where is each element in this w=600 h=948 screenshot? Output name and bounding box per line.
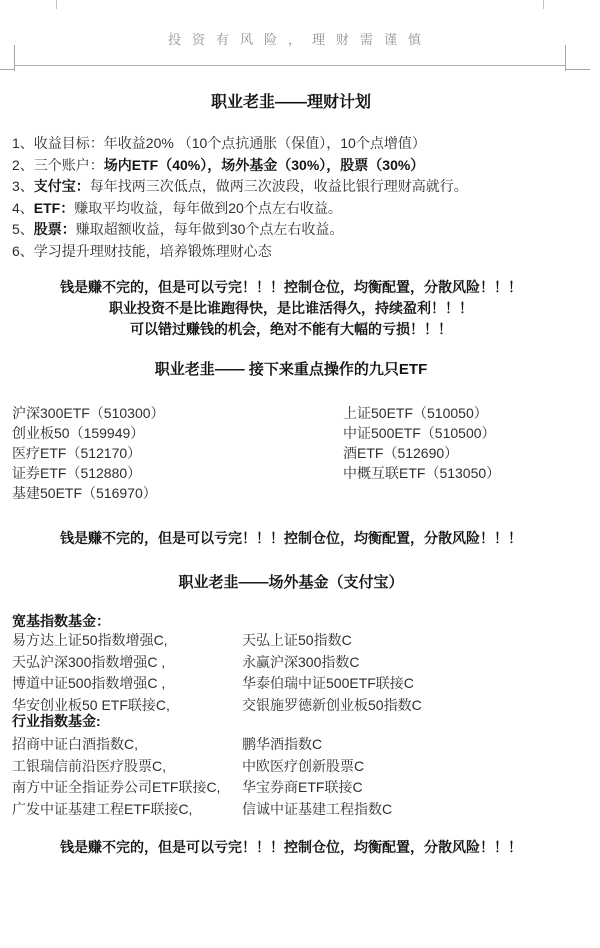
- warning-line: 钱是赚不完的，但是可以亏完！！！控制仓位，均衡配置，分散风险！！！: [0, 277, 582, 298]
- fund-name-left: 招商中证白酒指数C,: [12, 734, 242, 756]
- warning-middle: 钱是赚不完的，但是可以亏完！！！控制仓位，均衡配置，分散风险！！！: [0, 529, 582, 547]
- warning-line: 职业投资不是比谁跑得快，是比谁活得久，持续盈利！！！: [0, 298, 582, 319]
- fund-name-left: 广发中证基建工程ETF联接C,: [12, 799, 242, 821]
- crop-mark-left-tick: [0, 69, 14, 70]
- section-title-etf: 职业老韭—— 接下来重点操作的九只ETF: [0, 361, 582, 379]
- fund-row: 易方达上证50指数增强C,天弘上证50指数C: [12, 630, 422, 652]
- fund-name-right: 鹏华酒指数C: [242, 734, 322, 756]
- fund-row: 南方中证全指证券公司ETF联接C,华宝券商ETF联接C: [12, 777, 392, 799]
- goal-item: 1、收益目标：年收益20% （10个点抗通胀（保值），10个点增值）: [12, 133, 587, 155]
- etf-item: 中概互联ETF（513050）: [343, 463, 500, 483]
- document-page: 投资有风险，理财需谨慎 职业老韭——理财计划 1、收益目标：年收益20% （10…: [0, 0, 600, 948]
- goal-text-rest: 赚取平均收益，每年做到20个点左右收益。: [74, 200, 342, 216]
- fund-row: 博道中证500指数增强C ,华泰伯瑞中证500ETF联接C: [12, 673, 422, 695]
- fund-name-right: 天弘上证50指数C: [242, 630, 352, 652]
- top-margin-mark-right: [543, 0, 544, 9]
- warning-block: 钱是赚不完的，但是可以亏完！！！控制仓位，均衡配置，分散风险！！！ 职业投资不是…: [0, 277, 582, 340]
- page-title: 职业老韭——理财计划: [0, 94, 582, 112]
- industry-funds-list: 招商中证白酒指数C,鹏华酒指数C 工银瑞信前沿医疗股票C,中欧医疗创新股票C 南…: [12, 734, 392, 820]
- etf-item: 上证50ETF（510050）: [343, 403, 500, 423]
- goal-item: 6、学习提升理财技能，培养锻炼理财心态: [12, 241, 587, 263]
- header-rule: [14, 65, 565, 66]
- etf-item: 医疗ETF（512170）: [12, 443, 165, 463]
- goal-item: 2、三个账户：场内ETF（40%），场外基金（30%），股票（30%）: [12, 155, 587, 177]
- goal-item: 4、ETF：赚取平均收益，每年做到20个点左右收益。: [12, 198, 587, 220]
- crop-mark-left-vertical: [14, 45, 15, 71]
- goal-text-bold: 支付宝：: [34, 178, 90, 194]
- fund-row: 招商中证白酒指数C,鹏华酒指数C: [12, 734, 392, 756]
- fund-name-right: 华泰伯瑞中证500ETF联接C: [242, 673, 414, 695]
- fund-name-left: 工银瑞信前沿医疗股票C,: [12, 756, 242, 778]
- fund-name-right: 交银施罗德新创业板50指数C: [242, 695, 422, 717]
- etf-list-left: 沪深300ETF（510300） 创业板50（159949） 医疗ETF（512…: [12, 403, 165, 503]
- etf-list-right: 上证50ETF（510050） 中证500ETF（510500） 酒ETF（51…: [343, 403, 500, 483]
- industry-funds-label: 行业指数基金:: [12, 712, 101, 730]
- goal-text-rest: 赚取超额收益，每年做到30个点左右收益。: [76, 221, 344, 237]
- fund-row: 广发中证基建工程ETF联接C,信诚中证基建工程指数C: [12, 799, 392, 821]
- goal-item: 3、支付宝：每年找两三次低点，做两三次波段，收益比银行理财高就行。: [12, 176, 587, 198]
- broad-funds-list: 易方达上证50指数增强C,天弘上证50指数C 天弘沪深300指数增强C ,永赢沪…: [12, 630, 422, 716]
- fund-name-left: 易方达上证50指数增强C,: [12, 630, 242, 652]
- goal-text: 2、三个账户：: [12, 157, 104, 173]
- broad-funds-label: 宽基指数基金：: [12, 612, 110, 630]
- header-disclaimer-text: 投资有风险，理财需谨慎: [0, 32, 600, 48]
- etf-item: 沪深300ETF（510300）: [12, 403, 165, 423]
- warning-final: 钱是赚不完的，但是可以亏完！！！控制仓位，均衡配置，分散风险！！！: [0, 838, 582, 856]
- fund-row: 工银瑞信前沿医疗股票C,中欧医疗创新股票C: [12, 756, 392, 778]
- etf-item: 酒ETF（512690）: [343, 443, 500, 463]
- goal-text-bold: 股票：: [34, 221, 76, 237]
- fund-name-right: 华宝券商ETF联接C: [242, 777, 363, 799]
- goal-text-rest: 每年找两三次低点，做两三次波段，收益比银行理财高就行。: [90, 178, 468, 194]
- section-title-funds: 职业老韭——场外基金（支付宝）: [0, 574, 582, 592]
- top-margin-mark-left: [56, 0, 57, 9]
- goal-text: 6、学习提升理财技能，培养锻炼理财心态: [12, 243, 272, 259]
- goals-list: 1、收益目标：年收益20% （10个点抗通胀（保值），10个点增值） 2、三个账…: [12, 133, 587, 262]
- warning-line: 可以错过赚钱的机会，绝对不能有大幅的亏损！！！: [0, 319, 582, 340]
- goal-text-bold: ETF：: [34, 200, 74, 216]
- goal-text: 4、: [12, 200, 34, 216]
- etf-item: 证券ETF（512880）: [12, 463, 165, 483]
- fund-name-right: 中欧医疗创新股票C: [242, 756, 364, 778]
- fund-name-right: 永赢沪深300指数C: [242, 652, 359, 674]
- goal-item: 5、股票：赚取超额收益，每年做到30个点左右收益。: [12, 219, 587, 241]
- crop-mark-right-tick: [565, 69, 590, 70]
- fund-name-right: 信诚中证基建工程指数C: [242, 799, 392, 821]
- etf-item: 基建50ETF（516970）: [12, 483, 165, 503]
- etf-item: 中证500ETF（510500）: [343, 423, 500, 443]
- fund-name-left: 南方中证全指证券公司ETF联接C,: [12, 777, 242, 799]
- fund-name-left: 博道中证500指数增强C ,: [12, 673, 242, 695]
- crop-mark-right-vertical: [565, 45, 566, 71]
- goal-text: 3、: [12, 178, 34, 194]
- goal-text: 1、收益目标：年收益20% （10个点抗通胀（保值），10个点增值）: [12, 135, 426, 151]
- goal-text-bold: 场内ETF（40%），场外基金（30%），股票（30%）: [104, 157, 425, 173]
- goal-text: 5、: [12, 221, 34, 237]
- fund-row: 天弘沪深300指数增强C ,永赢沪深300指数C: [12, 652, 422, 674]
- fund-name-left: 天弘沪深300指数增强C ,: [12, 652, 242, 674]
- etf-item: 创业板50（159949）: [12, 423, 165, 443]
